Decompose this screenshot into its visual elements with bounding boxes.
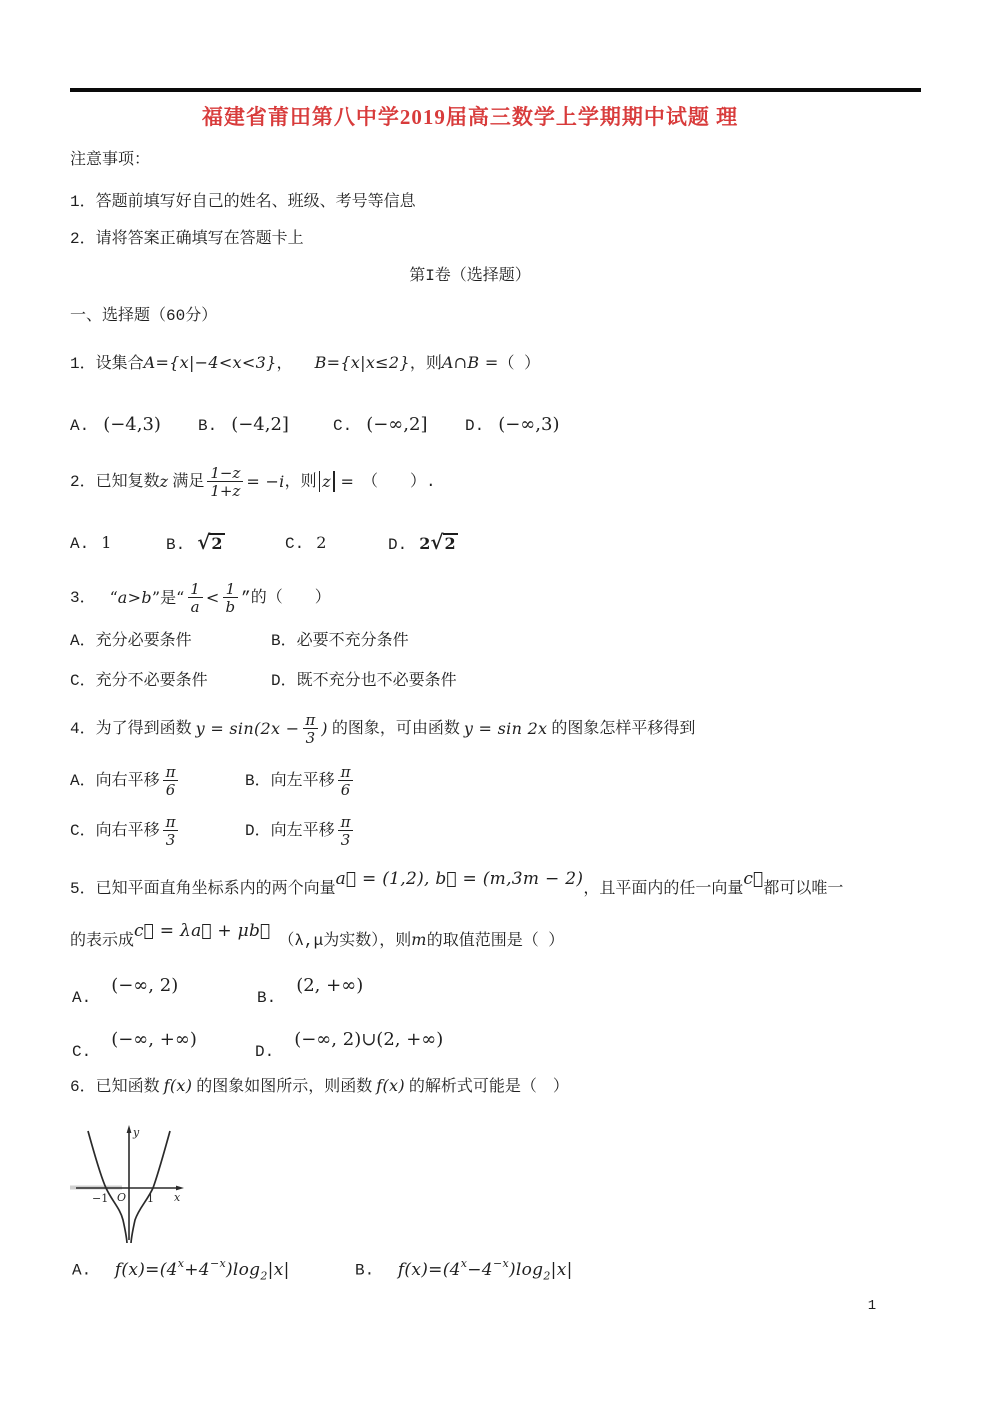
q5-vector-expression: c⃗ = λa⃗ + μb⃗ (134, 921, 270, 942)
option-a-text: A．向右平移 (70, 771, 160, 791)
formula-part: −4 (467, 1260, 493, 1280)
option-b: B. f(x)=(4x−4−x)log2|x| (355, 1258, 573, 1283)
formula-part: )log (226, 1260, 260, 1280)
q5-line2-mid: （λ,μ为实数），则 (278, 932, 411, 950)
option-c-value: (−∞, +∞) (111, 1029, 197, 1052)
q3-prefix: 3． (70, 588, 96, 608)
function-graph: y x O −1 1 (70, 1122, 190, 1253)
q6-prefix: 6．已知函数 (70, 1078, 160, 1096)
q6-suffix: 的解析式可能是（ ） (409, 1078, 569, 1096)
option-b-label: B. (355, 1262, 374, 1280)
fraction-denominator: 6 (163, 780, 179, 798)
notice-item-2: 2．请将答案正确填写在答题卡上 (70, 229, 304, 249)
question-5-line-2: 的表示成c⃗ = λa⃗ + μb⃗（λ,μ为实数），则m的取值范围是（ ） (70, 930, 564, 951)
option-c: C.(−∞,2] (333, 414, 428, 437)
curve-right-branch (131, 1131, 170, 1243)
option-d-label: D. (388, 536, 407, 554)
option-d: D.2√2 (388, 533, 458, 555)
option-b: B．向左平移π6 (245, 758, 356, 804)
option-c-label: C. (72, 1043, 91, 1061)
x-axis-label: x (174, 1191, 181, 1204)
q3-quote1: “ (110, 588, 118, 608)
fraction-denominator: 1+z (207, 481, 243, 499)
page-number: 1 (860, 1298, 884, 1316)
option-b-label: B. (198, 417, 217, 435)
option-b: B.(2, +∞) (257, 986, 363, 1009)
fraction-numerator: 1 (187, 581, 203, 597)
option-a-label: A. (72, 1262, 91, 1280)
question-3: 3． “a>b”是“ 1a < 1b ”的（ ） (70, 576, 331, 620)
q2-mid1: 满足 (172, 472, 204, 492)
q3-less-than: < (206, 588, 220, 608)
q5-line2-end: 的取值范围是（ ） (427, 932, 565, 950)
option-b-sqrt: √2 (197, 533, 224, 553)
notice-item-1: 1．答题前填写好自己的姓名、班级、考号等信息 (70, 192, 416, 212)
formula-part: f(x)=(4 (398, 1260, 461, 1280)
x-axis-arrow (176, 1186, 184, 1191)
option-c-value: (−∞,2] (366, 414, 427, 435)
formula-part: f(x)=(4 (115, 1260, 178, 1280)
q5-mid: ，且平面内的任一向量 (583, 880, 743, 898)
abs-bar-left (319, 471, 321, 492)
exam-title: 福建省莆田第八中学2019届高三数学上学期期中试题 理 (70, 104, 870, 130)
q1-comma: ， (277, 355, 293, 373)
option-a-formula: f(x)=(4x+4−x)log2|x| (115, 1260, 290, 1280)
q3-suffix: ”的（ ） (241, 588, 331, 608)
option-b: B.√2 (166, 533, 225, 555)
q3-inequality: a>b (118, 588, 152, 608)
radicand: 2 (443, 533, 458, 553)
option-c-label: C. (333, 417, 352, 435)
exponent: x (178, 1257, 185, 1270)
q6-mid: 的图象如图所示，则函数 (196, 1078, 372, 1096)
option-a-label: A. (70, 535, 89, 553)
fraction-numerator: π (302, 712, 318, 728)
exponent: −x (210, 1257, 226, 1270)
option-b-formula: f(x)=(4x−4−x)log2|x| (398, 1260, 573, 1280)
question-2: 2．已知复数z满足 1−z1+z = −i，则 z =（ ）. (70, 456, 436, 508)
abs-argument: z (322, 472, 331, 491)
q5-line2-prefix: 的表示成 (70, 932, 134, 950)
y-axis-label: y (132, 1126, 140, 1139)
fraction-denominator: 6 (338, 780, 354, 798)
fraction-denominator: a (188, 597, 203, 615)
option-d: D.(−∞,3) (465, 414, 560, 437)
q1-set-a: A={x|−4<x<3} (144, 353, 277, 372)
q4-mid: 的图象，可由函数 (332, 719, 460, 739)
q2-eq1: = −i (246, 472, 284, 492)
option-d-coefficient: 2 (419, 534, 430, 553)
q5-end1: 都可以唯一 (763, 880, 843, 898)
q3-quote2: ”是“ (152, 588, 184, 608)
q1-paren: （ ） (499, 355, 541, 373)
formula-part: +4 (184, 1260, 210, 1280)
q1-mid: ，则 (410, 355, 442, 373)
option-b-text: B．向左平移 (245, 771, 335, 791)
question-4: 4．为了得到函数y = sin(2x − π3 )的图象，可由函数y = sin… (70, 704, 695, 754)
option-c: C．充分不必要条件 (70, 671, 208, 691)
radicand: 2 (209, 533, 224, 553)
origin-label: O (117, 1191, 126, 1204)
abs-bar-right (333, 471, 335, 492)
q5-vector-c: c⃗ (743, 869, 763, 890)
exponent: x (461, 1257, 468, 1270)
q4-prefix: 4．为了得到函数 (70, 719, 192, 739)
question-6: 6．已知函数f(x)的图象如图所示，则函数f(x)的解析式可能是（ ） (70, 1076, 569, 1097)
option-b: B．必要不充分条件 (271, 631, 409, 651)
q6-fx-1: f(x) (164, 1076, 193, 1095)
option-a-value: (−4,3) (103, 414, 161, 435)
q1-expr: A∩B = (442, 353, 499, 372)
exponent: −x (493, 1257, 509, 1270)
q2-eq2: = (341, 472, 354, 492)
formula-part: |x| (551, 1260, 573, 1280)
fraction-denominator: 3 (338, 830, 354, 848)
option-c-fraction: π3 (163, 814, 179, 848)
q2-mid2: ，则 (285, 472, 317, 492)
formula-part: |x| (268, 1260, 290, 1280)
q4-formula-1: y = sin(2x − (196, 719, 300, 739)
option-b-fraction: π6 (338, 764, 354, 798)
option-d-sqrt: √2 (430, 533, 457, 553)
q4-formula-2: y = sin 2x (464, 719, 548, 739)
tick-label-neg1: −1 (92, 1192, 108, 1205)
option-a: A.(−∞, 2) (72, 986, 178, 1009)
q1-prefix: 1．设集合 (70, 355, 144, 373)
option-a: A．充分必要条件 (70, 631, 192, 651)
fraction-numerator: π (163, 814, 179, 830)
option-a-fraction: π6 (163, 764, 179, 798)
log-base: 2 (260, 1269, 267, 1282)
option-c-text: C．向右平移 (70, 821, 160, 841)
q2-z: z (160, 472, 169, 492)
fraction-numerator: 1 (223, 581, 239, 597)
option-d-label: D. (465, 417, 484, 435)
q3-fraction-1: 1a (187, 581, 203, 615)
q5-prefix: 5．已知平面直角坐标系内的两个向量 (70, 880, 336, 898)
option-d: D.(−∞, 2)∪(2, +∞) (255, 1040, 443, 1063)
q2-abs-z: z (317, 471, 337, 493)
q4-formula-1-end: ) (321, 719, 328, 739)
option-d-label: D. (255, 1043, 274, 1061)
option-a: A．向右平移π6 (70, 758, 181, 804)
option-a-label: A. (72, 989, 91, 1007)
fraction-denominator: b (223, 597, 239, 615)
fraction-numerator: 1−z (207, 465, 243, 481)
option-a: A. f(x)=(4x+4−x)log2|x| (72, 1258, 290, 1283)
q1-set-b: B={x|x≤2} (315, 353, 410, 372)
option-a: A.1 (70, 533, 111, 554)
option-c: C.2 (285, 533, 326, 554)
option-b-label: B. (257, 989, 276, 1007)
header-divider (70, 88, 921, 92)
exam-page: 福建省莆田第八中学2019届高三数学上学期期中试题 理 注意事项： 1．答题前填… (0, 0, 992, 1403)
fraction-denominator: 3 (303, 728, 319, 746)
option-b: B.(−4,2] (198, 414, 289, 437)
notice-heading: 注意事项： (70, 150, 150, 170)
option-a-value: 1 (101, 533, 111, 552)
q4-suffix: 的图象怎样平移得到 (551, 719, 695, 739)
option-c-label: C. (285, 535, 304, 553)
question-1: 1．设集合A={x|−4<x<3}，B={x|x≤2}，则A∩B =（ ） (70, 353, 540, 374)
section-volume-title: 第I卷（选择题） (70, 266, 870, 286)
q2-paren: （ ）. (362, 472, 436, 492)
tick-label-pos1: 1 (147, 1192, 154, 1205)
option-b-label: B. (166, 536, 185, 554)
option-a: A.(−4,3) (70, 414, 161, 437)
y-axis-arrow (127, 1125, 132, 1133)
q5-m-variable: m (411, 930, 426, 949)
option-d-fraction: π3 (338, 814, 354, 848)
formula-part: )log (509, 1260, 543, 1280)
option-c: C.(−∞, +∞) (72, 1040, 197, 1063)
option-a-value: (−∞, 2) (111, 975, 178, 998)
q3-fraction-2: 1b (223, 581, 239, 615)
option-d-value: (−∞,3) (498, 414, 559, 435)
fraction-numerator: π (163, 764, 179, 780)
option-c: C．向右平移π3 (70, 808, 181, 854)
fraction-numerator: π (338, 814, 354, 830)
option-d-value: (−∞, 2)∪(2, +∞) (294, 1029, 443, 1052)
fraction-numerator: π (338, 764, 354, 780)
fraction-denominator: 3 (163, 830, 179, 848)
question-5-line-1: 5．已知平面直角坐标系内的两个向量a⃗ = (1,2), b⃗ = (m,3m … (70, 878, 843, 899)
option-a-label: A. (70, 417, 89, 435)
section-part-title: 一、选择题（60分） (70, 306, 217, 326)
option-c-value: 2 (316, 533, 326, 552)
option-b-value: (2, +∞) (296, 975, 363, 998)
option-d: D．向左平移π3 (245, 808, 356, 854)
q2-prefix: 2．已知复数 (70, 472, 160, 492)
option-b-value: (−4,2] (231, 414, 289, 435)
option-d: D．既不充分也不必要条件 (271, 671, 457, 691)
q4-fraction: π3 (302, 712, 318, 746)
q5-vectors-ab: a⃗ = (1,2), b⃗ = (m,3m − 2) (336, 869, 584, 890)
q2-fraction: 1−z1+z (207, 465, 243, 499)
option-d-text: D．向左平移 (245, 821, 335, 841)
log-base: 2 (543, 1269, 550, 1282)
q6-fx-2: f(x) (376, 1076, 405, 1095)
